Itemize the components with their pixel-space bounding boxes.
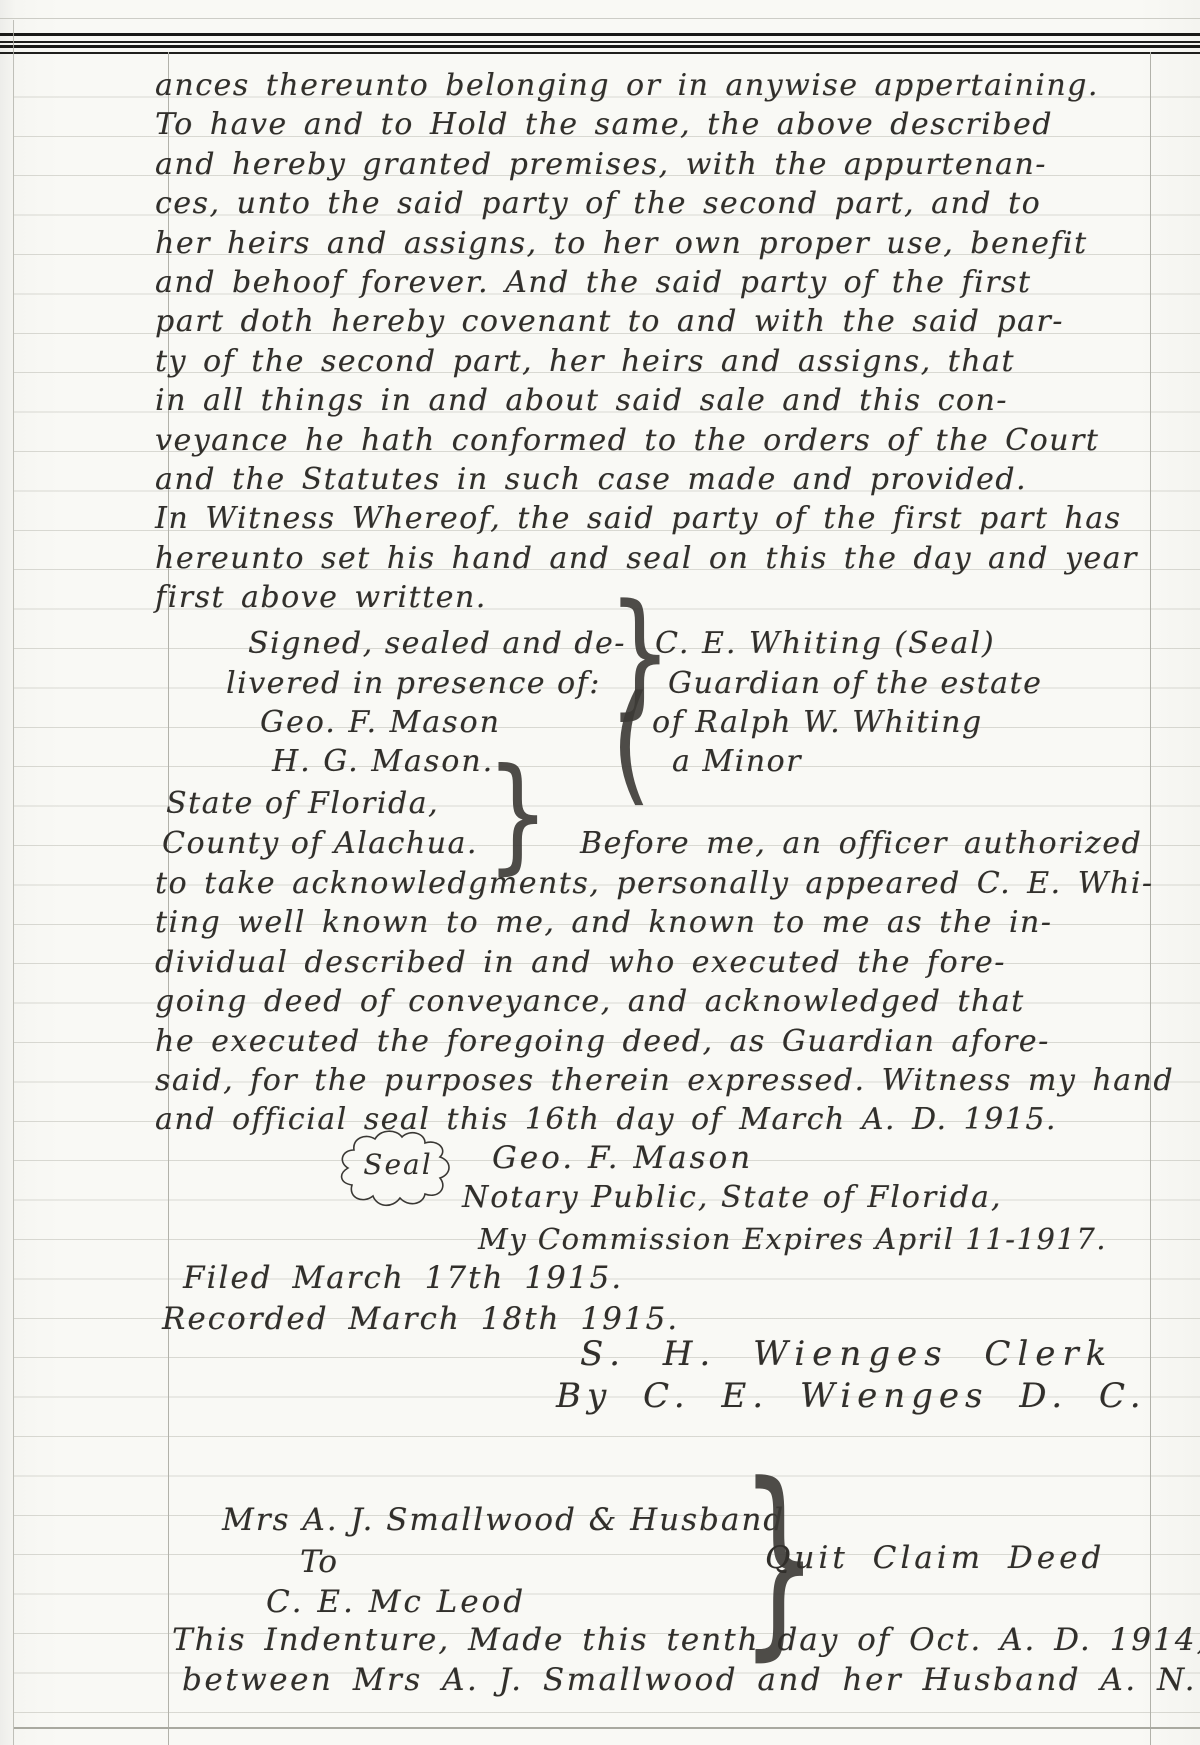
acknowledgment-line: and official seal this 16th day of March… — [155, 1100, 1174, 1139]
deed2-line: between Mrs A. J. Smallwood and her Husb… — [182, 1662, 1197, 1698]
recorded-date-line: Recorded March 18th 1915. — [162, 1301, 679, 1337]
top-heavy-rule-lower — [0, 45, 1200, 54]
caption-to: To — [300, 1544, 337, 1580]
deed-line: veyance he hath conformed to the orders … — [155, 421, 1138, 460]
deed-line: ances thereunto belonging or in anywise … — [155, 66, 1138, 105]
deed-line: part doth hereby covenant to and with th… — [155, 302, 1138, 341]
acknowledgment-paragraph: to take acknowledgments, personally appe… — [155, 864, 1174, 1140]
attestation-line: livered in presence of: — [226, 666, 601, 701]
deputy-clerk-signature: By C. E. Wienges D. C. — [556, 1376, 1147, 1416]
ledger-page: ances thereunto belonging or in anywise … — [0, 0, 1200, 1745]
venue-state-line: State of Florida, — [166, 786, 439, 821]
deed-line: To have and to Hold the same, the above … — [155, 105, 1138, 144]
acknowledgment-line: dividual described in and who executed t… — [155, 943, 1174, 982]
deed-line: in all things in and about said sale and… — [155, 381, 1138, 420]
seal-label: Seal — [330, 1148, 466, 1181]
acknowledgment-line: to take acknowledgments, personally appe… — [155, 864, 1174, 903]
notary-title: Notary Public, State of Florida, — [462, 1180, 1002, 1215]
deed-line: ces, unto the said party of the second p… — [155, 184, 1138, 223]
grantor-title-line: Guardian of the estate — [668, 666, 1042, 701]
top-faint-rule — [0, 18, 1200, 19]
filed-date-line: Filed March 17th 1915. — [183, 1260, 623, 1296]
venue-brace: } — [486, 752, 550, 877]
deed-body-paragraph: ances thereunto belonging or in anywise … — [155, 66, 1138, 617]
instrument-type-label: Quit Claim Deed — [765, 1540, 1105, 1576]
deed-line: and the Statutes in such case made and p… — [155, 460, 1138, 499]
caption-grantor: Mrs A. J. Smallwood & Husband — [222, 1502, 785, 1538]
grantor-title-line: a Minor — [672, 744, 802, 779]
top-heavy-rule-upper — [0, 33, 1200, 43]
deed-line: hereunto set his hand and seal on this t… — [155, 539, 1138, 578]
acknowledgment-line: going deed of conveyance, and acknowledg… — [155, 982, 1174, 1021]
grantor-title-line: of Ralph W. Whiting — [652, 705, 983, 740]
notary-signature: Geo. F. Mason — [492, 1140, 753, 1176]
deed-line: In Witness Whereof, the said party of th… — [155, 499, 1138, 538]
venue-county-line: County of Alachua. — [162, 826, 478, 861]
caption-grantee: C. E. Mc Leod — [266, 1584, 526, 1620]
attestation-line: Signed, sealed and de- — [248, 626, 626, 661]
notary-commission: My Commission Expires April 11-1917. — [478, 1222, 1107, 1256]
deed-line: ty of the second part, her heirs and ass… — [155, 342, 1138, 381]
grantor-signature: C. E. Whiting (Seal) — [655, 626, 996, 661]
acknowledgment-line: he executed the foregoing deed, as Guard… — [155, 1022, 1174, 1061]
bottom-rule — [14, 1727, 1200, 1729]
acknowledgment-line: ting well known to me, and known to me a… — [155, 903, 1174, 942]
left-edge-line — [13, 20, 14, 1745]
witness-signature: Geo. F. Mason — [260, 705, 501, 740]
notarial-seal: Seal — [330, 1124, 466, 1212]
acknowledgment-opening: Before me, an officer authorized — [580, 826, 1142, 861]
witness-signature: H. G. Mason. — [272, 744, 494, 779]
deed-line: and hereby granted premises, with the ap… — [155, 145, 1138, 184]
deed-line: her heirs and assigns, to her own proper… — [155, 224, 1138, 263]
acknowledgment-line: said, for the purposes therein expressed… — [155, 1061, 1174, 1100]
signature-paren: ( — [611, 678, 652, 808]
deed-line: and behoof forever. And the said party o… — [155, 263, 1138, 302]
clerk-signature: S. H. Wienges Clerk — [580, 1334, 1113, 1374]
deed2-line: This Indenture, Made this tenth day of O… — [172, 1622, 1200, 1658]
